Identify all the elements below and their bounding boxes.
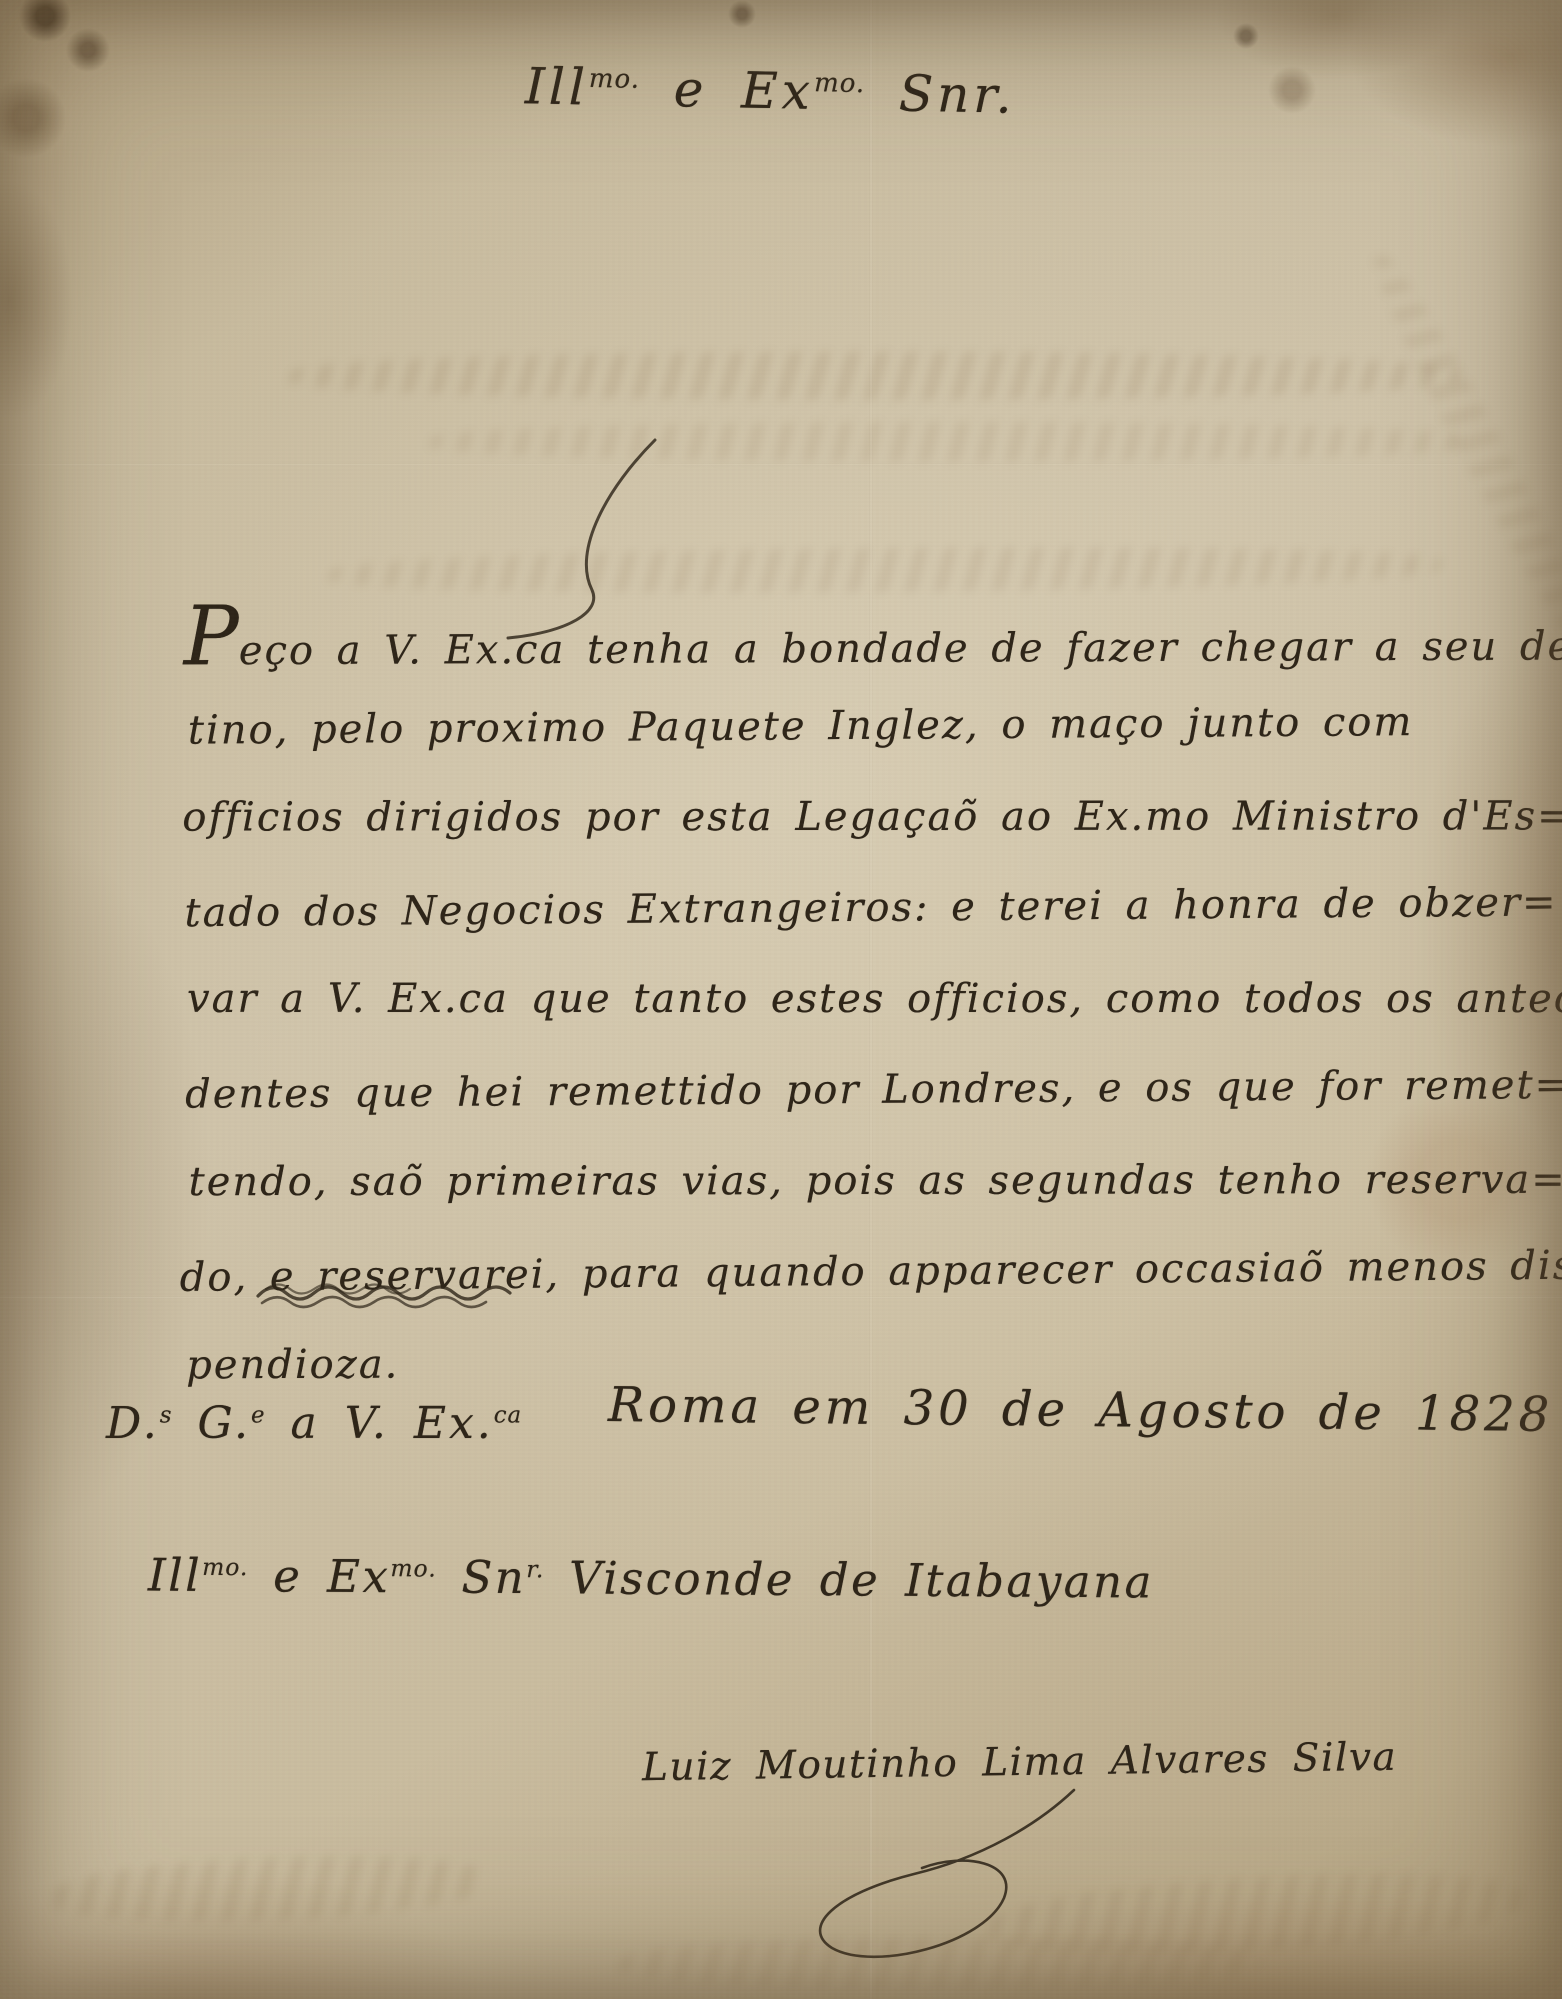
body-line: var a V. Ex.ca que tanto estes officios,…: [187, 976, 1522, 1067]
valediction-text: D.: [106, 1398, 160, 1449]
salutation-superscript: mo.: [589, 64, 641, 95]
addressee-text: Visconde de Itabayana: [544, 1551, 1154, 1608]
signature: Luiz Moutinho Lima Alvares Silva: [642, 1735, 1398, 1791]
ink-bleedthrough: [325, 543, 1446, 597]
dateline: Roma em 30 de Agosto de 1828: [608, 1377, 1554, 1443]
signature-flourish: [788, 1782, 1098, 1982]
valediction-superscript: ca: [494, 1402, 522, 1428]
valediction-text: a V. Ex.: [266, 1398, 494, 1449]
salutation-text: e Ex: [639, 60, 814, 121]
ink-bleedthrough: [985, 1864, 1526, 1964]
body-line: officios dirigidos por esta Legaçaõ ao E…: [182, 793, 1517, 885]
ink-bleedthrough: [426, 422, 1473, 462]
salutation-superscript: mo.: [814, 68, 866, 99]
valediction: D.s G.e a V. Ex.ca: [106, 1398, 522, 1449]
addressee-superscript: mo.: [390, 1554, 436, 1582]
valediction-superscript: s: [160, 1402, 173, 1428]
salutation-text: Snr.: [864, 64, 1016, 125]
ink-bleedthrough: [1359, 250, 1562, 669]
addressee-text: Sn: [436, 1551, 526, 1605]
addressee-text: e Ex: [248, 1549, 390, 1603]
fold-crease-horizontal: [0, 463, 1562, 466]
body-line: tendo, saõ primeiras vias, pois as segun…: [189, 1157, 1524, 1250]
body-line: dentes que hei remettido por Londres, e …: [185, 1062, 1521, 1162]
salutation: Illmo. e Exmo. Snr.: [524, 57, 1016, 124]
addressee-text: Ill: [148, 1548, 202, 1601]
body-line: do, e reservarei, para quando apparecer …: [180, 1243, 1516, 1346]
letter-scan: Illmo. e Exmo. Snr. Peço a V. Ex.ca tenh…: [0, 0, 1562, 1999]
body-line: tado dos Negocios Extrangeiros: e terei …: [184, 880, 1520, 981]
valediction-text: G.: [172, 1398, 251, 1449]
addressee: Illmo. e Exmo. Snr. Visconde de Itabayan…: [148, 1548, 1154, 1608]
ink-bleedthrough: [614, 1938, 1265, 1990]
salutation-text: Ill: [524, 57, 589, 116]
letter-body: Peço a V. Ex.ca tenha a bondade de fazer…: [184, 610, 1522, 1434]
ink-bleedthrough: [50, 1850, 491, 1927]
addressee-superscript: r.: [526, 1555, 544, 1583]
valediction-superscript: e: [251, 1402, 266, 1428]
addressee-superscript: mo.: [202, 1553, 248, 1581]
body-line: tino, pelo proximo Paquete Inglez, o maç…: [188, 698, 1524, 798]
ink-bleedthrough: [285, 352, 1465, 400]
body-line: Peço a V. Ex.ca tenha a bondade de fazer…: [184, 610, 1519, 706]
